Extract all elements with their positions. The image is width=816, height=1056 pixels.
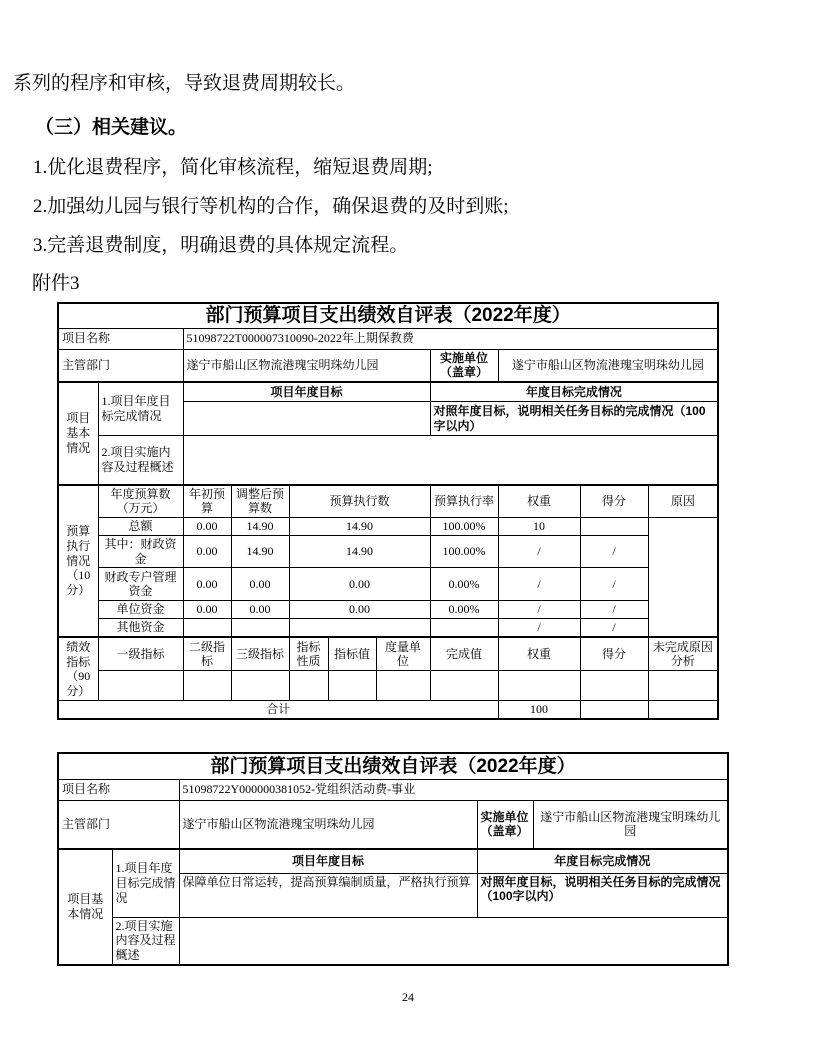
indicator-cell xyxy=(231,671,289,701)
budget-initial xyxy=(183,619,231,637)
goal-completion-desc: 对照年度目标，说明相关任务目标的完成情况（100字以内） xyxy=(430,402,718,436)
indicator-cell xyxy=(376,671,430,701)
goal-completion-header: 年度目标完成情况 xyxy=(430,382,718,402)
budget-executed: 0.00 xyxy=(289,601,430,619)
budget-row: 财政专户管理资金 0.00 0.00 0.00 0.00% / / xyxy=(58,568,718,601)
budget-row-name: 总额 xyxy=(98,518,183,536)
budget-adjusted: 14.90 xyxy=(231,536,289,568)
impl-process-value xyxy=(179,917,728,965)
goal-completion-header: 年度目标完成情况 xyxy=(477,849,728,873)
budget-row: 其中：财政资金 0.00 14.90 14.90 100.00% / / xyxy=(58,536,718,568)
indicator-header-weight: 权重 xyxy=(498,637,580,671)
budget-adjusted: 0.00 xyxy=(231,601,289,619)
project-name-value: 51098722Y000000381052-党组织活动费-事业 xyxy=(179,779,728,800)
annual-goal-header: 项目年度目标 xyxy=(179,849,477,873)
basic-info-section-label: 项目基本情况 xyxy=(58,849,112,965)
budget-header-initial: 年初预算 xyxy=(183,485,231,518)
total-weight: 100 xyxy=(498,701,580,719)
budget-weight: / xyxy=(498,601,580,619)
budget-initial: 0.00 xyxy=(183,568,231,601)
annual-goal-value xyxy=(183,402,430,436)
budget-row: 其他资金 / / xyxy=(58,619,718,637)
budget-score: / xyxy=(580,536,648,568)
indicator-empty-row xyxy=(58,671,718,701)
budget-rate xyxy=(430,619,498,637)
indicator-header-l2: 二级指标 xyxy=(183,637,231,671)
suggestion-item-3: 3.完善退费制度，明确退费的具体规定流程。 xyxy=(33,230,408,257)
budget-weight: 10 xyxy=(498,518,580,536)
budget-row-name: 财政专户管理资金 xyxy=(98,568,183,601)
budget-rate: 0.00% xyxy=(430,568,498,601)
budget-weight: / xyxy=(498,536,580,568)
total-score xyxy=(580,701,648,719)
table-title: 部门预算项目支出绩效自评表（2022年度） xyxy=(58,303,718,328)
indicator-header-value: 指标值 xyxy=(328,637,376,671)
indicator-header-unit: 度量单位 xyxy=(376,637,430,671)
project-name-label: 项目名称 xyxy=(58,328,183,349)
document-page: 系列的程序和审核，导致退费周期较长。 （三）相关建议。 1.优化退费程序，简化审… xyxy=(0,0,816,1056)
total-unfinished xyxy=(648,701,718,719)
indicator-header-done: 完成值 xyxy=(430,637,498,671)
body-paragraph: 系列的程序和审核，导致退费周期较长。 xyxy=(13,68,355,95)
budget-executed: 14.90 xyxy=(289,518,430,536)
indicator-cell xyxy=(328,671,376,701)
indicator-header-score: 得分 xyxy=(580,637,648,671)
suggestion-item-1: 1.优化退费程序，简化审核流程，缩短退费周期; xyxy=(33,152,433,179)
suggestion-item-2: 2.加强幼儿园与银行等机构的合作，确保退费的及时到账; xyxy=(33,191,509,218)
indicator-header-nature: 指标性质 xyxy=(289,637,328,671)
impl-unit-label: 实施单位（盖章） xyxy=(477,800,533,849)
total-label: 合计 xyxy=(58,701,498,719)
suggestions-heading: （三）相关建议。 xyxy=(35,112,187,139)
budget-rate: 100.00% xyxy=(430,536,498,568)
annual-goal-value: 保障单位日常运转，提高预算编制质量，严格执行预算 xyxy=(179,873,477,917)
indicator-header-l3: 三级指标 xyxy=(231,637,289,671)
budget-reason-cell xyxy=(648,518,718,637)
budget-initial: 0.00 xyxy=(183,601,231,619)
budget-header-rate: 预算执行率 xyxy=(430,485,498,518)
indicator-cell xyxy=(648,671,718,701)
budget-header-score: 得分 xyxy=(580,485,648,518)
budget-executed xyxy=(289,619,430,637)
budget-initial: 0.00 xyxy=(183,518,231,536)
budget-row-name: 其他资金 xyxy=(98,619,183,637)
budget-score xyxy=(580,518,648,536)
budget-score: / xyxy=(580,568,648,601)
annual-goal-header: 项目年度目标 xyxy=(183,382,430,402)
supervisor-dept-label: 主管部门 xyxy=(58,800,179,849)
goal-completion-desc: 对照年度目标，说明相关任务目标的完成情况（100字以内） xyxy=(477,873,728,917)
budget-executed: 0.00 xyxy=(289,568,430,601)
budget-row-name: 其中：财政资金 xyxy=(98,536,183,568)
impl-process-label: 2.项目实施内容及过程概述 xyxy=(112,917,179,965)
impl-unit-label: 实施单位（盖章） xyxy=(430,349,498,382)
budget-weight: / xyxy=(498,619,580,637)
budget-rate: 0.00% xyxy=(430,601,498,619)
indicator-header-l1: 一级指标 xyxy=(98,637,183,671)
annual-goal-label: 1.项目年度目标完成情况 xyxy=(112,849,179,917)
budget-initial: 0.00 xyxy=(183,536,231,568)
budget-adjusted: 14.90 xyxy=(231,518,289,536)
supervisor-dept-label: 主管部门 xyxy=(58,349,183,382)
impl-process-label: 2.项目实施内容及过程概述 xyxy=(98,436,183,485)
impl-unit-value: 遂宁市船山区物流港瑰宝明珠幼儿园 xyxy=(498,349,718,382)
budget-row: 单位资金 0.00 0.00 0.00 0.00% / / xyxy=(58,601,718,619)
project-name-value: 51098722T000007310090-2022年上期保教费 xyxy=(183,328,718,349)
indicator-cell xyxy=(98,671,183,701)
budget-score: / xyxy=(580,601,648,619)
budget-header-weight: 权重 xyxy=(498,485,580,518)
self-eval-table-1: 部门预算项目支出绩效自评表（2022年度） 项目名称 51098722T0000… xyxy=(57,302,719,720)
budget-section-label: 预算执行情况（10分） xyxy=(58,485,98,637)
budget-rate: 100.00% xyxy=(430,518,498,536)
basic-info-section-label: 项目基本情况 xyxy=(58,382,98,485)
impl-process-value xyxy=(183,436,718,485)
indicator-cell xyxy=(498,671,580,701)
table-title: 部门预算项目支出绩效自评表（2022年度） xyxy=(58,753,728,779)
budget-header-reason: 原因 xyxy=(648,485,718,518)
indicator-cell xyxy=(289,671,328,701)
impl-unit-value: 遂宁市船山区物流港瑰宝明珠幼儿园 xyxy=(533,800,728,849)
budget-header-adjusted: 调整后预算数 xyxy=(231,485,289,518)
budget-row: 总额 0.00 14.90 14.90 100.00% 10 xyxy=(58,518,718,536)
budget-header-executed: 预算执行数 xyxy=(289,485,430,518)
budget-adjusted: 0.00 xyxy=(231,568,289,601)
indicator-header-unfinished: 未完成原因分析 xyxy=(648,637,718,671)
indicator-cell xyxy=(580,671,648,701)
budget-row-name: 单位资金 xyxy=(98,601,183,619)
indicator-cell xyxy=(183,671,231,701)
budget-adjusted xyxy=(231,619,289,637)
page-number: 24 xyxy=(0,990,816,1005)
budget-score: / xyxy=(580,619,648,637)
indicator-cell xyxy=(430,671,498,701)
supervisor-dept-value: 遂宁市船山区物流港瑰宝明珠幼儿园 xyxy=(179,800,477,849)
annual-goal-label: 1.项目年度目标完成情况 xyxy=(98,382,183,436)
budget-header-annual: 年度预算数（万元） xyxy=(98,485,183,518)
indicators-section-label: 绩效指标（90分） xyxy=(58,637,98,701)
budget-executed: 14.90 xyxy=(289,536,430,568)
self-eval-table-2: 部门预算项目支出绩效自评表（2022年度） 项目名称 51098722Y0000… xyxy=(57,752,729,966)
attachment-label: 附件3 xyxy=(32,268,80,295)
supervisor-dept-value: 遂宁市船山区物流港瑰宝明珠幼儿园 xyxy=(183,349,430,382)
budget-weight: / xyxy=(498,568,580,601)
project-name-label: 项目名称 xyxy=(58,779,179,800)
